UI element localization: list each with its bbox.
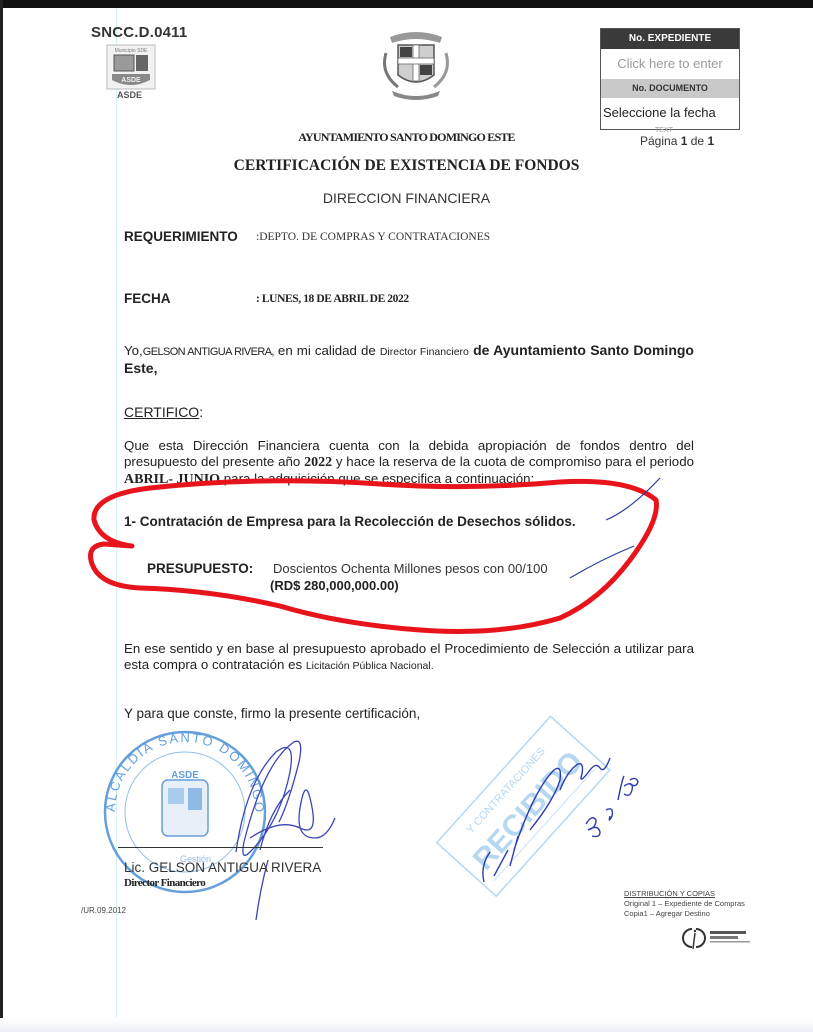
- svg-text:Municipio SDE: Municipio SDE: [115, 48, 148, 54]
- documento-date-picker[interactable]: Seleccione la fecha: [601, 98, 739, 128]
- procedure-type: Licitación Pública Nacional.: [306, 660, 434, 672]
- budget-period: ABRIL- JUNIO: [124, 472, 220, 487]
- budget-year: 2022: [304, 455, 332, 470]
- distribution-block: DISTRIBUCIÓN Y COPIAS Original 1 – Exped…: [624, 889, 745, 919]
- expediente-label: No. EXPEDIENTE: [601, 29, 739, 49]
- presupuesto-label: PRESUPUESTO:: [147, 561, 253, 576]
- svg-text:ASDE: ASDE: [121, 77, 141, 84]
- requerimiento-label: REQUERIMIENTO: [124, 229, 238, 244]
- signatory-name: Lic. GELSON ANTIGUA RIVERA: [124, 860, 321, 875]
- organization-name: AYUNTAMIENTO SANTO DOMINGO ESTE: [0, 130, 813, 145]
- svg-text:ASDE: ASDE: [171, 770, 199, 781]
- procedure-paragraph: En ese sentido y en base al presupuesto …: [124, 641, 694, 674]
- expediente-input[interactable]: Click here to enter: [601, 49, 739, 79]
- procurement-item: 1- Contratación de Empresa para la Recol…: [124, 514, 576, 529]
- window-left-border: [0, 0, 3, 1032]
- presupuesto-words: Doscientos Ochenta Millones pesos con 00…: [273, 561, 548, 576]
- seal-text: ALCALDIA SANTO DOMINGO: [103, 730, 267, 814]
- pen-check-mark-2: [570, 546, 634, 578]
- documento-label: No. DOCUMENTO: [601, 79, 739, 98]
- window-top-border: [0, 0, 813, 8]
- document-title: CERTIFICACIÓN DE EXISTENCIA DE FONDOS: [0, 157, 813, 175]
- signature-line: [118, 847, 323, 848]
- reference-code: /UR.09.2012: [81, 906, 126, 915]
- official-name: GELSON ANTIGUA RIVERA,: [143, 346, 274, 358]
- contrataciones-publicas-logo-icon: [680, 925, 760, 951]
- certification-paragraph: Que esta Dirección Financiera cuenta con…: [124, 438, 694, 488]
- fecha-label: FECHA: [124, 291, 171, 306]
- requerimiento-value: :DEPTO. DE COMPRAS Y CONTRATACIONES: [256, 231, 490, 243]
- closing-line: Y para que conste, firmo la presente cer…: [124, 706, 420, 721]
- signatory-role: Director Financiero: [124, 877, 205, 889]
- asde-logo-label: ASDE: [117, 90, 142, 100]
- department-name: DIRECCION FINANCIERA: [0, 190, 813, 206]
- stamp-dept-text: Y CONTRATACIONES: [465, 746, 548, 837]
- national-coat-of-arms-icon: [376, 25, 456, 105]
- official-role: Director Financiero: [380, 346, 469, 358]
- presupuesto-amount: (RD$ 280,000,000.00): [270, 578, 399, 593]
- form-code: SNCC.D.0411: [91, 24, 187, 41]
- expediente-box: No. EXPEDIENTE Click here to enter No. D…: [600, 28, 740, 130]
- asde-logo-icon: Municipio SDE ASDE: [106, 44, 156, 90]
- declaration-paragraph: Yo,GELSON ANTIGUA RIVERA, en mi calidad …: [124, 342, 694, 377]
- svg-text:ALCALDIA SANTO DOMINGO: ALCALDIA SANTO DOMINGO: [103, 730, 267, 814]
- fecha-value: : LUNES, 18 DE ABRIL DE 2022: [256, 293, 409, 305]
- stamp-main-text: RECIBIDO: [467, 745, 590, 876]
- certifico-heading: CERTIFICO:: [124, 404, 203, 420]
- scan-bottom-edge: [0, 1018, 813, 1032]
